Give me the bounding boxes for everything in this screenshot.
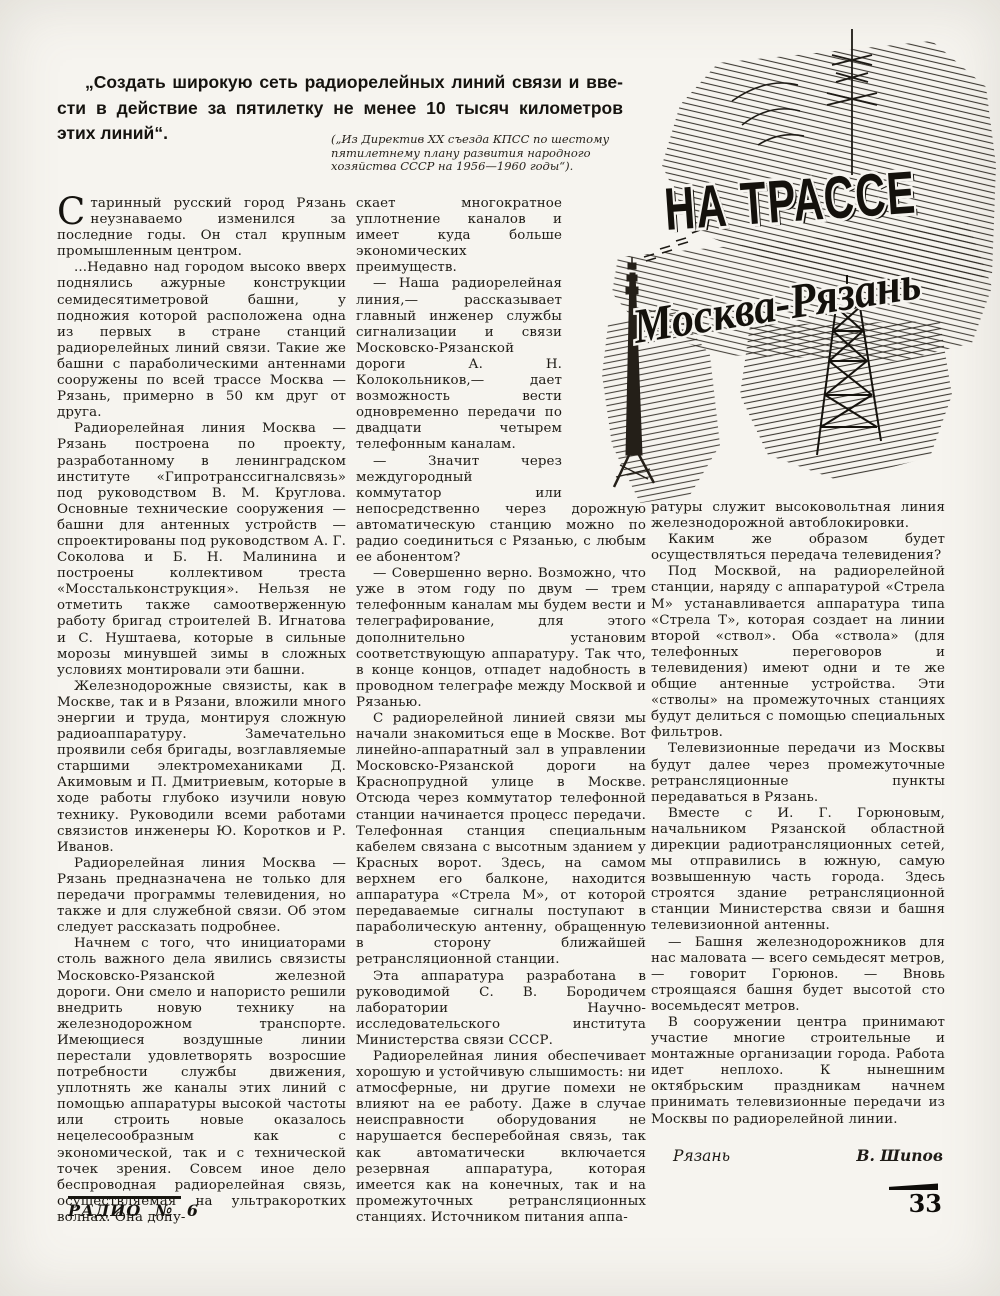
- paragraph: Под Москвой, на радиорелейной станции, н…: [651, 564, 945, 741]
- quote-attribution: („Из Директив XX съезда КПСС по шестому …: [331, 133, 571, 174]
- quote-line: „Создать широкую сеть радиорелейных лини…: [57, 70, 623, 96]
- paragraph: Радиорелейная линия обеспечивает хорошую…: [356, 1049, 646, 1226]
- masthead-title-shadow: НА ТРАССЕ: [665, 161, 921, 245]
- signature-author: В. Шипов: [856, 1146, 943, 1165]
- paragraph-text: таринный русский город Рязань неузнаваем…: [57, 196, 346, 259]
- illustration-spacer: [562, 196, 646, 500]
- paragraph: Старинный русский город Рязань неузнавае…: [57, 196, 346, 260]
- paragraph: С радиорелейной линией связи мы начали з…: [356, 711, 646, 969]
- paragraph: Каким же образом будет осуществляться пе…: [651, 532, 945, 564]
- paragraph: Начнем с того, что инициаторами столь ва…: [57, 936, 346, 1226]
- paragraph: В сооружении центра принимают участие мн…: [651, 1015, 945, 1128]
- signature-row: Рязань В. Шипов: [651, 1146, 945, 1165]
- article-column-2: скает многократное уплотнение каналов и …: [356, 196, 646, 1226]
- paragraph: Телевизионные передачи из Москвы будут д…: [651, 741, 945, 805]
- masthead-illustration: НА ТРАССЕ НА ТРАССЕ Москва-Рязань: [600, 25, 1000, 545]
- antenna-mast-icon: [827, 29, 877, 175]
- dash-marks: [644, 230, 700, 261]
- paragraph: Радиорелейная линия Москва — Рязань пред…: [57, 856, 346, 936]
- magazine-page: „Создать широкую сеть радиорелейных лини…: [0, 0, 1000, 1296]
- footer-rule: [68, 1196, 181, 1199]
- drop-cap: С: [57, 196, 90, 227]
- attribution-line: („Из Директив XX съезда КПСС по шестому: [331, 133, 571, 147]
- paragraph: Вместе с И. Г. Горюновым, начальником Ря…: [651, 806, 945, 935]
- paragraph: Эта аппаратура разработана в руководимой…: [356, 969, 646, 1049]
- quote-line: сти в действие за пятилетку не менее 10 …: [57, 96, 623, 122]
- paragraph: — Совершенно верно. Возможно, что уже в …: [356, 566, 646, 711]
- lattice-tower-icon: [817, 275, 881, 455]
- paragraph: — Башня железнодорожников для нас малова…: [651, 935, 945, 1015]
- paragraph: ратуры служит высоковольтная линия желез…: [651, 500, 945, 532]
- radio-waves-icon: [732, 83, 804, 145]
- paragraph: ...Недавно над городом высоко вверх подн…: [57, 260, 346, 421]
- masthead-title: НА ТРАССЕ: [662, 159, 918, 243]
- signature-place: Рязань: [673, 1147, 730, 1165]
- masthead-subtitle: Москва-Рязань: [628, 254, 924, 354]
- attribution-line: хозяйства СССР на 1956—1960 годы“).: [331, 160, 571, 174]
- journal-footer: РАДИО № 6: [68, 1201, 199, 1220]
- radio-towers-drawing: НА ТРАССЕ НА ТРАССЕ Москва-Рязань: [600, 25, 1000, 545]
- attribution-line: пятилетнему плану развития народного: [331, 147, 571, 161]
- page-number: 33: [896, 1189, 942, 1218]
- paragraph: Железнодорожные связисты, как в Москве, …: [57, 679, 346, 856]
- hatch-cloud: [602, 41, 996, 503]
- article-column-1: Старинный русский город Рязань неузнавае…: [57, 196, 346, 1226]
- paragraph: Радиорелейная линия Москва — Рязань пост…: [57, 421, 346, 679]
- article-column-3: ратуры служит высоковольтная линия желез…: [651, 500, 945, 1128]
